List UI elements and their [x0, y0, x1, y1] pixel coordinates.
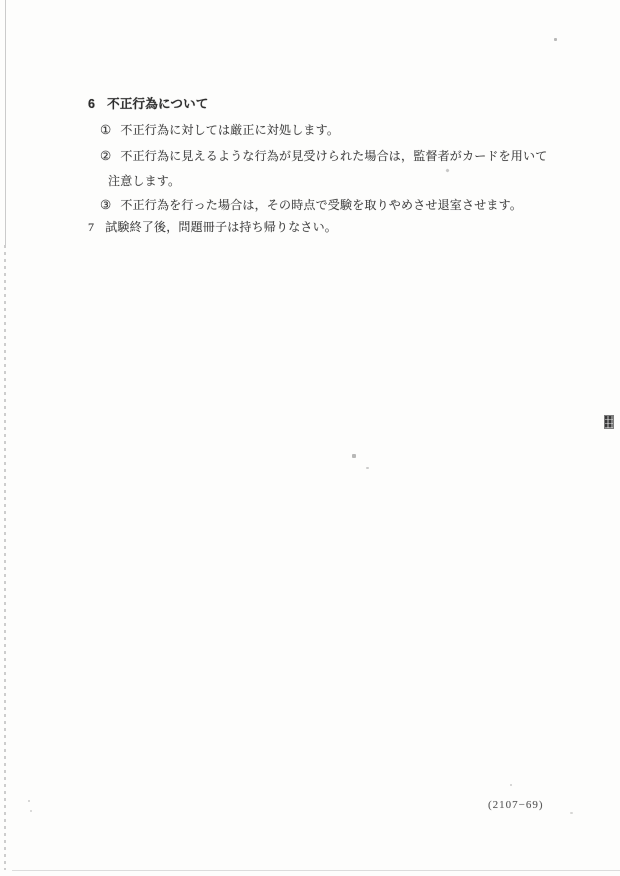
scan-speck: [554, 38, 557, 41]
circled-number-1-icon: ①: [100, 123, 111, 138]
list-item-text: 不正行為に対しては厳正に対処します。: [120, 123, 339, 138]
circled-number-2-icon: ②: [100, 149, 111, 164]
list-item-2: ② 不正行為に見えるような行為が見受けられた場合は，監督者がカードを用いて: [100, 149, 547, 164]
scan-speck: [510, 784, 512, 786]
section-7-line: 7 試験終了後，問題冊子は持ち帰りなさい。: [88, 220, 337, 235]
circled-number-3-icon: ③: [100, 198, 111, 213]
scan-bottom-edge-line: [12, 870, 620, 871]
section-heading-text: 不正行為について: [107, 97, 208, 112]
section-number: 6: [88, 97, 95, 112]
section-6-heading: 6 不正行為について: [88, 97, 209, 112]
scan-speck: [28, 800, 30, 802]
list-item-text: 不正行為に見えるような行為が見受けられた場合は，監督者がカードを用いて: [120, 149, 547, 164]
scan-edge-line: [5, 0, 6, 245]
list-item-3: ③ 不正行為を行った場合は，その時点で受験を取りやめさせ退室させます。: [100, 198, 522, 213]
footer-page-code: (2107−69): [488, 799, 544, 811]
section-text: 試験終了後，問題冊子は持ち帰りなさい。: [105, 220, 337, 235]
list-item-text: 不正行為を行った場合は，その時点で受験を取りやめさせ退室させます。: [120, 198, 522, 213]
printers-registration-mark: [604, 415, 614, 429]
list-item-2-continuation: 注意します。: [108, 174, 180, 189]
scan-edge-dashed-line: [4, 245, 6, 870]
scan-speck: [445, 168, 449, 172]
scan-speck: [352, 454, 356, 458]
scan-speck: [570, 812, 573, 814]
scan-speck: [366, 467, 369, 469]
scan-speck: [30, 810, 32, 812]
section-number: 7: [88, 220, 94, 235]
scanned-document-page: 6 不正行為について ① 不正行為に対しては厳正に対処します。 ② 不正行為に見…: [0, 0, 620, 876]
list-item-text: 注意します。: [108, 174, 180, 189]
list-item-1: ① 不正行為に対しては厳正に対処します。: [100, 123, 339, 138]
